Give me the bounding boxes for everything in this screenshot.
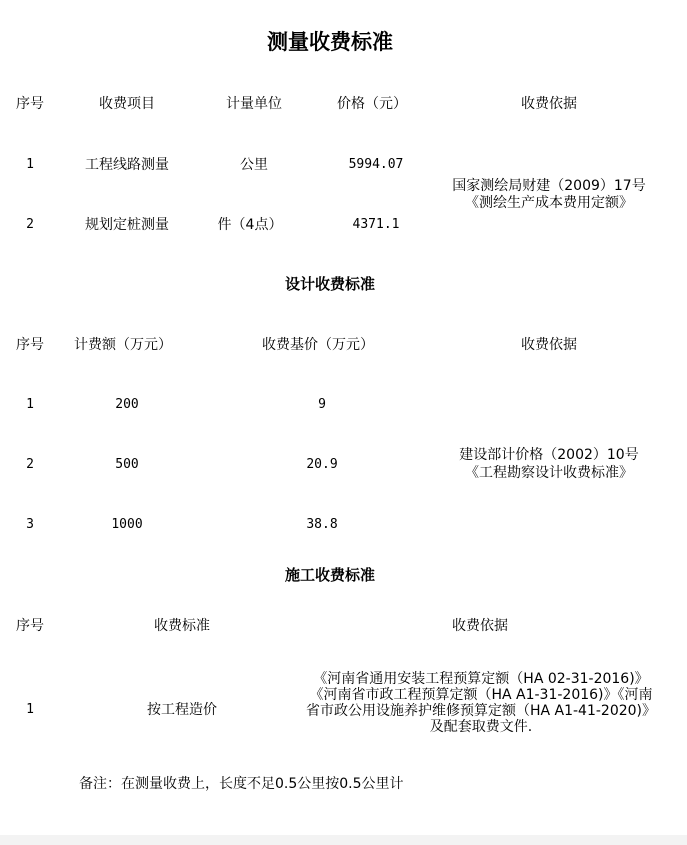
row-no: 3 — [26, 517, 34, 533]
row-amount: 200 — [115, 397, 138, 413]
row-unit: 公里 — [240, 157, 268, 173]
survey-basis-line1: 国家测绘局财建（2009）17号 — [452, 178, 645, 194]
row-no: 2 — [26, 217, 34, 233]
design-header-amount: 计费额（万元） — [74, 337, 172, 353]
row-base-price: 9 — [318, 397, 326, 413]
row-basis: 《河南省通用安装工程预算定额（HA 02-31-2016)》《河南省市政工程预算… — [305, 671, 657, 735]
row-no: 1 — [26, 702, 34, 718]
row-no: 1 — [26, 397, 34, 413]
note-text: 备注：在测量收费上，长度不足0.5公里按0.5公里计 — [79, 776, 404, 792]
page-footer-bar — [0, 835, 687, 845]
survey-header-price: 价格（元） — [337, 96, 407, 112]
design-header-base-price: 收费基价（万元） — [262, 337, 374, 353]
design-header-basis: 收费依据 — [521, 337, 577, 353]
survey-header-unit: 计量单位 — [226, 96, 282, 112]
row-no: 2 — [26, 457, 34, 473]
construction-header-basis: 收费依据 — [452, 618, 508, 634]
design-basis-line1: 建设部计价格（2002）10号 — [459, 447, 638, 463]
row-standard: 按工程造价 — [147, 702, 217, 718]
construction-header-no: 序号 — [16, 618, 44, 634]
row-amount: 500 — [115, 457, 138, 473]
row-base-price: 38.8 — [306, 517, 337, 533]
design-title: 设计收费标准 — [285, 275, 375, 293]
survey-header-basis: 收费依据 — [521, 96, 577, 112]
design-header-no: 序号 — [16, 337, 44, 353]
construction-header-standard: 收费标准 — [154, 618, 210, 634]
row-item: 工程线路测量 — [85, 157, 169, 173]
survey-header-no: 序号 — [16, 96, 44, 112]
row-no: 1 — [26, 157, 34, 173]
design-basis-line2: 《工程勘察设计收费标准》 — [465, 465, 633, 481]
row-item: 规划定桩测量 — [85, 217, 169, 233]
construction-title: 施工收费标准 — [285, 566, 375, 584]
row-unit: 件（4点） — [218, 217, 283, 233]
survey-header-item: 收费项目 — [99, 96, 155, 112]
survey-title: 测量收费标准 — [267, 30, 393, 54]
survey-basis-line2: 《测绘生产成本费用定额》 — [465, 195, 633, 211]
row-amount: 1000 — [111, 517, 142, 533]
row-base-price: 20.9 — [306, 457, 337, 473]
row-price: 5994.07 — [349, 157, 404, 173]
row-price: 4371.1 — [353, 217, 400, 233]
